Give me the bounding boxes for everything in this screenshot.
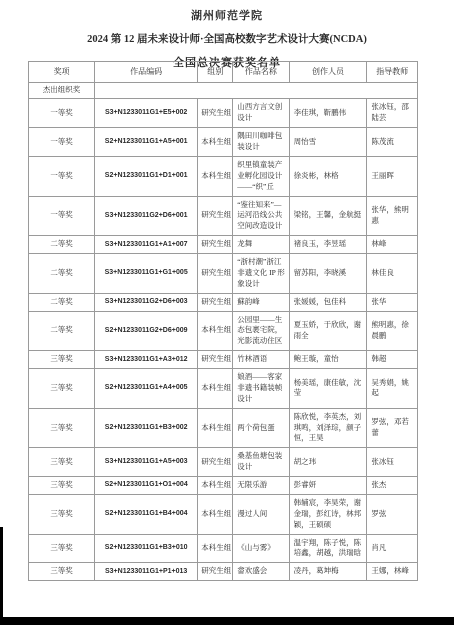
cell-work: 山西方言文创设计 [233, 99, 289, 128]
cell-creators: 梁铭，王馨，金航挺 [289, 196, 367, 236]
cell-award: 三等奖 [29, 369, 95, 409]
cell-award: 三等奖 [29, 534, 95, 563]
cell-code: S2+N1233011G1+A4+005 [95, 369, 198, 409]
cell-creators: 夏玉娇，于欣欣，谢雨全 [289, 311, 367, 351]
cell-code: S3+N1233011G1+G1+005 [95, 254, 198, 294]
cell-advisors: 张冰钰 [367, 448, 418, 477]
cell-creators: 彭睿妍 [289, 477, 367, 495]
cell-code: S3+N1233011G1+A5+003 [95, 448, 198, 477]
cell-advisors: 张冰钰，邵陆芸 [367, 99, 418, 128]
cell-creators: 韩辅宸，李昊荣，谢金瑞，彭红诗，林邦颖，王硕硕 [289, 494, 367, 534]
cell-award: 三等奖 [29, 448, 95, 477]
table-row: 三等奖S3+N1233011G1+A3+012研究生组竹林酒语鲍王璇，童怡韩超 [29, 351, 418, 369]
cell-work: 无限乐游 [233, 477, 289, 495]
cell-work: 织里镇童装产业孵化园设计——“织”丘 [233, 156, 289, 196]
cell-code: S2+N1233011G1+B4+004 [95, 494, 198, 534]
cell-award: 二等奖 [29, 293, 95, 311]
cell-group: 本科生组 [198, 494, 233, 534]
cell-group: 研究生组 [198, 99, 233, 128]
table-row: 三等奖S2+N1233011G1+B4+004本科生组漫过人间韩辅宸，李昊荣，谢… [29, 494, 418, 534]
cell-award: 三等奖 [29, 563, 95, 581]
cell-work: 蘇韵峰 [233, 293, 289, 311]
cell-group: 本科生组 [198, 477, 233, 495]
column-header-2: 组别 [198, 62, 233, 83]
table-row: 三等奖S2+N1233011G1+A4+005本科生组娘酒——客家非遗书籍装帧设… [29, 369, 418, 409]
cell-award: 三等奖 [29, 477, 95, 495]
cell-work: 两个荷包蛋 [233, 408, 289, 448]
cell-code: S2+N1233011G1+O1+004 [95, 477, 198, 495]
cell-advisors: 王娜，林峰 [367, 563, 418, 581]
column-header-3: 作品名称 [233, 62, 289, 83]
cell-advisors: 罗弦，邓若蕾 [367, 408, 418, 448]
cell-work: 《山与雾》 [233, 534, 289, 563]
cell-work: 公园里——生态包裹宅院，光影流动住区 [233, 311, 289, 351]
cell-work: 龙舞 [233, 236, 289, 254]
cell-creators: 鲍王璇，童怡 [289, 351, 367, 369]
cell-group: 本科生组 [198, 311, 233, 351]
cell-advisors: 张华 [367, 293, 418, 311]
cell-award: 三等奖 [29, 494, 95, 534]
cell-award: 一等奖 [29, 128, 95, 157]
award-table: 奖项作品编码组别作品名称创作人员指导教师 杰出组织奖一等奖S3+N1233011… [28, 61, 418, 581]
cell-code: S2+N1233011G1+B3+010 [95, 534, 198, 563]
cell-creators: 凌丹，葛坤梅 [289, 563, 367, 581]
cell-advisors: 陈茂流 [367, 128, 418, 157]
cell-creators: 周怡雪 [289, 128, 367, 157]
cell-award: 杰出组织奖 [29, 82, 95, 99]
special-award-row: 杰出组织奖 [29, 82, 418, 99]
table-row: 一等奖S3+N1233011G2+D6+001研究生组“鉴往知来”—运河沿线公共… [29, 196, 418, 236]
cell-code: S2+N1233011G1+B3+002 [95, 408, 198, 448]
cell-code: S3+N1233011G1+E5+002 [95, 99, 198, 128]
table-row: 三等奖S3+N1233011G1+P1+013研究生组畲欢盛会凌丹，葛坤梅王娜，… [29, 563, 418, 581]
cell-creators: 褚良玉，李昱瑶 [289, 236, 367, 254]
cell-work: “浙村潮”浙江非遗文化 IP 形象设计 [233, 254, 289, 294]
column-header-0: 奖项 [29, 62, 95, 83]
column-header-5: 指导教师 [367, 62, 418, 83]
cell-creators: 徐炎彬，林格 [289, 156, 367, 196]
cell-creators: 张媛媛，包佳科 [289, 293, 367, 311]
table-row: 二等奖S3+N1233011G1+A1+007研究生组龙舞褚良玉，李昱瑶林峰 [29, 236, 418, 254]
table-row: 三等奖S2+N1233011G1+B3+002本科生组两个荷包蛋陈欣悦，李英杰，… [29, 408, 418, 448]
cell-advisors: 林佳良 [367, 254, 418, 294]
cell-code: S3+N1233011G1+A1+007 [95, 236, 198, 254]
table-row: 三等奖S3+N1233011G1+A5+003研究生组桑基鱼塘包装设计胡之玮张冰… [29, 448, 418, 477]
cell-award: 一等奖 [29, 156, 95, 196]
cell-award: 二等奖 [29, 254, 95, 294]
cell-group: 本科生组 [198, 369, 233, 409]
table-header-row: 奖项作品编码组别作品名称创作人员指导教师 [29, 62, 418, 83]
table-row: 一等奖S2+N1233011G1+A5+001本科生组隅田川咖啡包装设计周怡雪陈… [29, 128, 418, 157]
cell-award: 一等奖 [29, 99, 95, 128]
cell-creators: 陈欣悦，李英杰，刘琪鸣，刘泽琮，颜子恒，王昊 [289, 408, 367, 448]
table-body: 杰出组织奖一等奖S3+N1233011G1+E5+002研究生组山西方言文创设计… [29, 82, 418, 581]
cell-advisors: 张杰 [367, 477, 418, 495]
cell-work: 漫过人间 [233, 494, 289, 534]
cell-code: S2+N1233011G2+D6+009 [95, 311, 198, 351]
cell-code: S3+N1233011G1+A3+012 [95, 351, 198, 369]
cell-advisors: 吴秀娟，姚起 [367, 369, 418, 409]
table-row: 二等奖S2+N1233011G2+D6+009本科生组公园里——生态包裹宅院，光… [29, 311, 418, 351]
cell-group: 研究生组 [198, 196, 233, 236]
cell-merged-empty [95, 82, 418, 99]
cell-award: 三等奖 [29, 408, 95, 448]
cell-work: 隅田川咖啡包装设计 [233, 128, 289, 157]
cell-work: 畲欢盛会 [233, 563, 289, 581]
cell-group: 研究生组 [198, 448, 233, 477]
column-header-4: 创作人员 [289, 62, 367, 83]
table-row: 一等奖S3+N1233011G1+E5+002研究生组山西方言文创设计李佳琪，靳… [29, 99, 418, 128]
table-row: 二等奖S3+N1233011G1+G1+005研究生组“浙村潮”浙江非遗文化 I… [29, 254, 418, 294]
scan-edge-left [0, 527, 3, 625]
university-title: 湖州师范学院 [0, 7, 454, 23]
cell-code: S2+N1233011G1+A5+001 [95, 128, 198, 157]
table-row: 三等奖S2+N1233011G1+O1+004本科生组无限乐游彭睿妍张杰 [29, 477, 418, 495]
cell-group: 研究生组 [198, 563, 233, 581]
cell-award: 二等奖 [29, 311, 95, 351]
cell-creators: 留苏阳，李晓溪 [289, 254, 367, 294]
cell-code: S3+N1233011G2+D6+003 [95, 293, 198, 311]
cell-creators: 胡之玮 [289, 448, 367, 477]
cell-advisors: 肖凡 [367, 534, 418, 563]
table-row: 二等奖S3+N1233011G2+D6+003研究生组蘇韵峰张媛媛，包佳科张华 [29, 293, 418, 311]
cell-group: 本科生组 [198, 534, 233, 563]
table-row: 三等奖S2+N1233011G1+B3+010本科生组《山与雾》温宇翔，陈子悦，… [29, 534, 418, 563]
cell-advisors: 王丽晖 [367, 156, 418, 196]
cell-work: “鉴往知来”—运河沿线公共空间改造设计 [233, 196, 289, 236]
cell-code: S3+N1233011G1+P1+013 [95, 563, 198, 581]
cell-award: 一等奖 [29, 196, 95, 236]
cell-award: 三等奖 [29, 351, 95, 369]
cell-advisors: 罗弦 [367, 494, 418, 534]
table-row: 一等奖S2+N1233011G1+D1+001本科生组织里镇童装产业孵化园设计—… [29, 156, 418, 196]
cell-group: 本科生组 [198, 156, 233, 196]
cell-creators: 杨美瑶，康佳敏，沈莹 [289, 369, 367, 409]
competition-title: 2024 第 12 届未来设计师·全国高校数字艺术设计大赛(NCDA) [0, 31, 454, 46]
cell-group: 本科生组 [198, 408, 233, 448]
cell-award: 二等奖 [29, 236, 95, 254]
cell-group: 研究生组 [198, 254, 233, 294]
cell-work: 竹林酒语 [233, 351, 289, 369]
column-header-1: 作品编码 [95, 62, 198, 83]
cell-creators: 李佳琪，靳鹏伟 [289, 99, 367, 128]
cell-advisors: 韩超 [367, 351, 418, 369]
cell-advisors: 林峰 [367, 236, 418, 254]
document-header: 湖州师范学院 2024 第 12 届未来设计师·全国高校数字艺术设计大赛(NCD… [0, 0, 454, 70]
cell-code: S2+N1233011G1+D1+001 [95, 156, 198, 196]
cell-group: 研究生组 [198, 351, 233, 369]
cell-code: S3+N1233011G2+D6+001 [95, 196, 198, 236]
cell-group: 研究生组 [198, 293, 233, 311]
cell-work: 娘酒——客家非遗书籍装帧设计 [233, 369, 289, 409]
scan-edge-bottom [0, 617, 454, 625]
cell-creators: 温宇翔，陈子悦，陈培鑫，胡越，洪瑞晗 [289, 534, 367, 563]
cell-group: 本科生组 [198, 128, 233, 157]
cell-advisors: 张华，熊明惠 [367, 196, 418, 236]
header-row: 奖项作品编码组别作品名称创作人员指导教师 [29, 62, 418, 83]
cell-work: 桑基鱼塘包装设计 [233, 448, 289, 477]
cell-group: 研究生组 [198, 236, 233, 254]
cell-advisors: 熊明惠，徐晨鹏 [367, 311, 418, 351]
